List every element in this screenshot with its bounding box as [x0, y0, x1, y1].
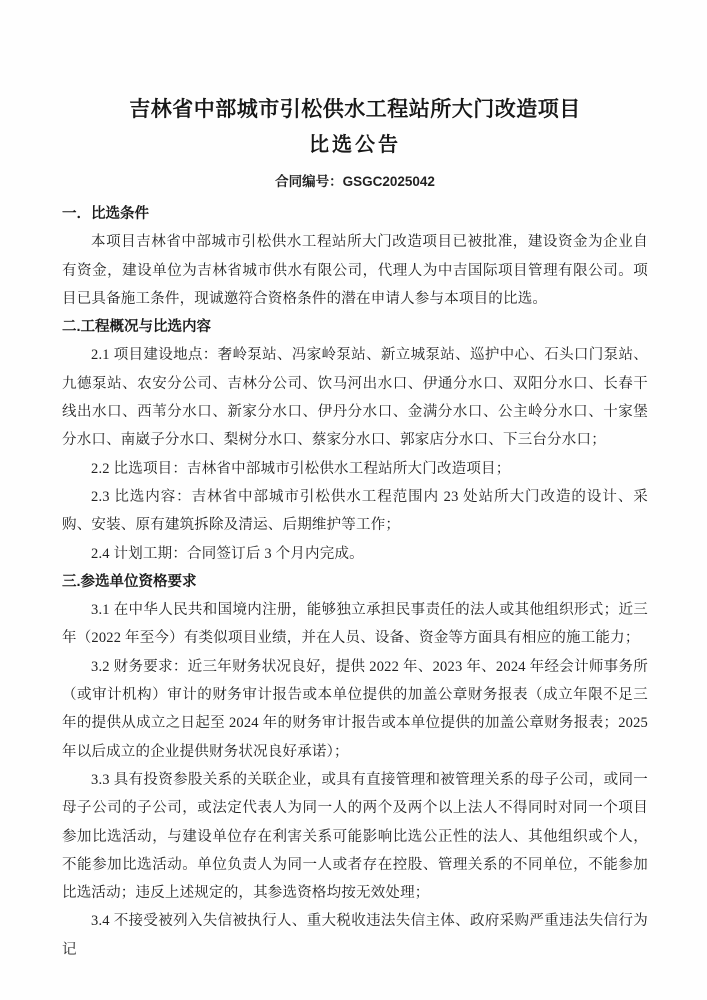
- section-2-paragraph-1: 2.1 项目建设地点：奢岭泵站、冯家岭泵站、新立城泵站、巡护中心、石头口门泵站、…: [62, 341, 648, 454]
- section-gongcheng-gaikuang: 二.工程概况与比选内容 2.1 项目建设地点：奢岭泵站、冯家岭泵站、新立城泵站、…: [62, 313, 648, 568]
- document-page: 吉林省中部城市引松供水工程站所大门改造项目 比选公告 合同编号：GSGC2025…: [0, 0, 707, 1000]
- section-3-paragraph-3: 3.3 具有投资参股关系的关联企业，或具有直接管理和被管理关系的母子公司，或同一…: [62, 766, 648, 907]
- section-1-paragraph-1: 本项目吉林省中部城市引松供水工程站所大门改造项目已被批准，建设资金为企业自有资金…: [62, 228, 648, 313]
- document-subtitle: 比选公告: [62, 134, 648, 156]
- section-2-paragraph-2: 2.2 比选项目：吉林省中部城市引松供水工程站所大门改造项目；: [62, 455, 648, 483]
- section-2-heading: 二.工程概况与比选内容: [62, 313, 648, 341]
- section-2-paragraph-3: 2.3 比选内容：吉林省中部城市引松供水工程范围内 23 处站所大门改造的设计、…: [62, 483, 648, 540]
- section-3-paragraph-1: 3.1 在中华人民共和国境内注册，能够独立承担民事责任的法人或其他组织形式；近三…: [62, 596, 648, 653]
- document-title: 吉林省中部城市引松供水工程站所大门改造项目: [62, 97, 648, 123]
- section-3-heading: 三.参选单位资格要求: [62, 568, 648, 596]
- section-bixuan-tiaojian: 一．比选条件 本项目吉林省中部城市引松供水工程站所大门改造项目已被批准，建设资金…: [62, 200, 648, 313]
- section-3-paragraph-2: 3.2 财务要求：近三年财务状况良好，提供 2022 年、2023 年、2024…: [62, 653, 648, 766]
- section-2-paragraph-4: 2.4 计划工期：合同签订后 3 个月内完成。: [62, 540, 648, 568]
- section-zige-yaoqiu: 三.参选单位资格要求 3.1 在中华人民共和国境内注册，能够独立承担民事责任的法…: [62, 568, 648, 964]
- section-3-paragraph-4: 3.4 不接受被列入失信被执行人、重大税收违法失信主体、政府采购严重违法失信行为…: [62, 907, 648, 964]
- contract-number: 合同编号：GSGC2025042: [62, 172, 648, 191]
- section-1-heading: 一．比选条件: [62, 200, 648, 228]
